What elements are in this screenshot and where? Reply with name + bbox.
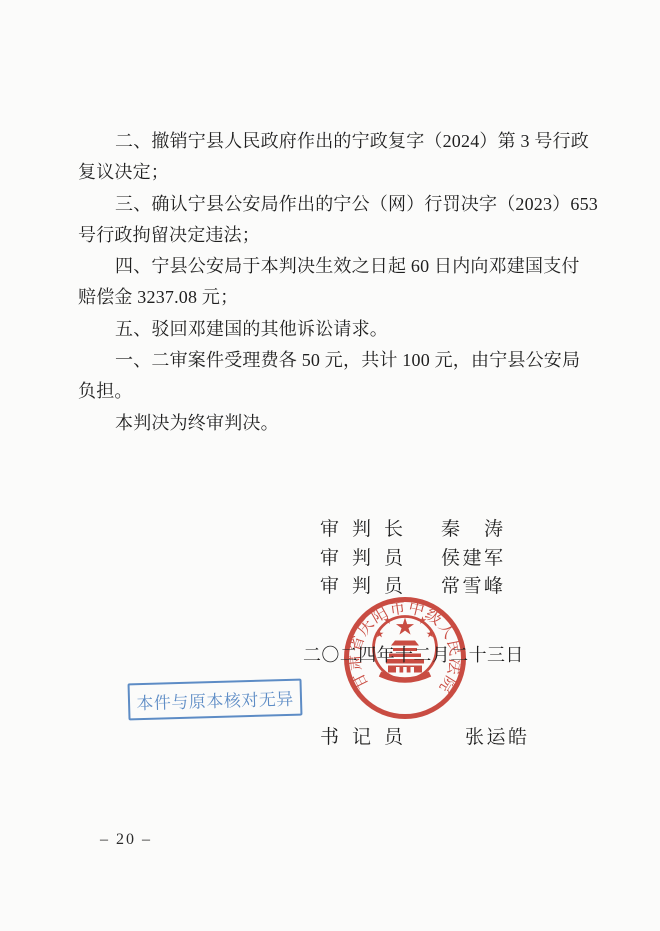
body-line: 负担。 (78, 376, 590, 407)
body-line: 赔偿金 3237.08 元； (78, 282, 590, 313)
signature-name: 侯建军 (441, 543, 506, 570)
clerk-row: 书记员 张运皓 (320, 722, 600, 749)
clerk-name: 张运皓 (465, 722, 530, 749)
body-line: 二、撤销宁县人民政府作出的宁政复字（2024）第 3 号行政 (78, 126, 590, 157)
signature-name: 秦 涛 (441, 514, 506, 541)
signature-row: 审判员常雪峰 (320, 571, 600, 600)
judgment-date: 二〇二四年十二月二十三日 (303, 641, 524, 667)
signature-row: 审判员侯建军 (320, 543, 600, 572)
body-line: 四、宁县公安局于本判决生效之日起 60 日内向邓建国支付 (78, 251, 590, 282)
scanned-judgment-page: 二、撤销宁县人民政府作出的宁政复字（2024）第 3 号行政复议决定；三、确认宁… (0, 0, 660, 931)
signature-row: 审判长秦 涛 (320, 514, 600, 543)
clerk-role: 书记员 (320, 722, 416, 749)
signature-block: 审判长秦 涛审判员侯建军审判员常雪峰 (320, 514, 600, 600)
verification-stamp: 本件与原本核对无异 (128, 679, 303, 721)
signature-name: 常雪峰 (441, 571, 506, 598)
judgment-body: 二、撤销宁县人民政府作出的宁政复字（2024）第 3 号行政复议决定；三、确认宁… (78, 126, 590, 439)
body-line: 复议决定； (78, 157, 590, 188)
signature-role: 审判长 (320, 514, 416, 541)
body-line: 五、驳回邓建国的其他诉讼请求。 (78, 314, 590, 345)
body-line: 号行政拘留决定违法； (78, 220, 590, 251)
signature-role: 审判员 (320, 571, 416, 598)
body-line: 本判决为终审判决。 (78, 408, 590, 439)
page-number: – 20 – (100, 831, 152, 849)
body-line: 三、确认宁县公安局作出的宁公（网）行罚决字（2023）653 (78, 189, 590, 220)
signature-role: 审判员 (320, 543, 416, 570)
body-line: 一、二审案件受理费各 50 元，共计 100 元，由宁县公安局 (78, 345, 590, 376)
